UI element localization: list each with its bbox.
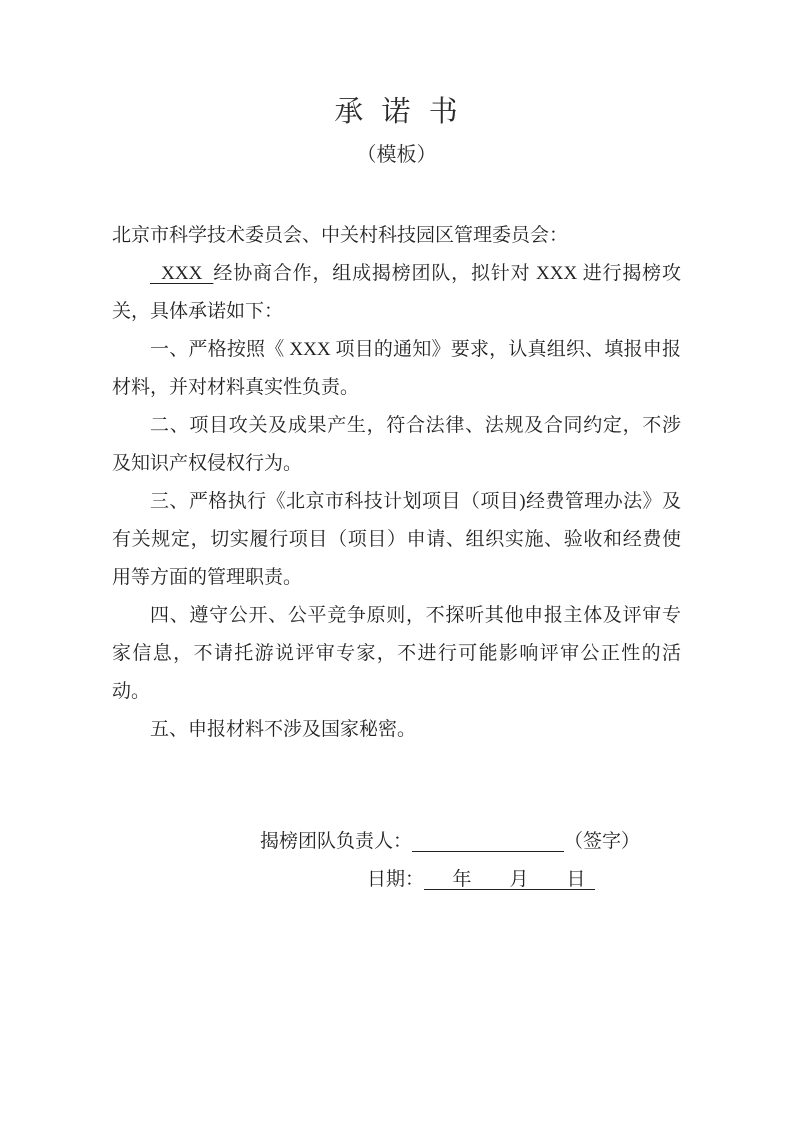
fill-in-blank[interactable] <box>412 831 564 852</box>
paragraph: 四、遵守公开、公平竞争原则，不探听其他申报主体及评审专家信息，不请托游说评审专家… <box>112 597 681 711</box>
paragraph: 三、严格执行《北京市科技计划项目（项目)经费管理办法》及有关规定，切实履行项目（… <box>112 483 681 597</box>
text-segment: （签字） <box>564 831 640 852</box>
signature-date-line: 日期： 年 月 日 <box>367 861 681 899</box>
text-segment: 一、严格按照《 XXX 项目的通知》要求，认真组织、填报申报材料，并对材料真实性… <box>112 339 681 398</box>
salutation-line: 北京市科学技术委员会、中关村科技园区管理委员会： <box>112 217 681 255</box>
fill-in-blank[interactable]: XXX <box>150 263 213 284</box>
paragraph: XXX 经协商合作，组成揭榜团队，拟针对 XXX 进行揭榜攻关，具体承诺如下： <box>112 255 681 331</box>
fill-in-blank[interactable]: 年 月 日 <box>424 869 595 890</box>
document-subtitle: （模板） <box>112 143 681 167</box>
text-segment: 三、严格执行《北京市科技计划项目（项目)经费管理办法》及有关规定，切实履行项目（… <box>112 491 681 588</box>
text-segment: 二、项目攻关及成果产生，符合法律、法规及合同约定，不涉及知识产权侵权行为。 <box>112 415 681 474</box>
signature-leader-line: 揭榜团队负责人： （签字） <box>260 823 681 861</box>
paragraph: 二、项目攻关及成果产生，符合法律、法规及合同约定，不涉及知识产权侵权行为。 <box>112 407 681 483</box>
document-title: 承 诺 书 <box>112 94 681 130</box>
document-body: 北京市科学技术委员会、中关村科技园区管理委员会： XXX 经协商合作，组成揭榜团… <box>112 217 681 749</box>
signature-block: 揭榜团队负责人： （签字） 日期： 年 月 日 <box>112 823 681 899</box>
text-segment: 揭榜团队负责人： <box>260 831 412 852</box>
paragraph-list: XXX 经协商合作，组成揭榜团队，拟针对 XXX 进行揭榜攻关，具体承诺如下：一… <box>112 255 681 749</box>
text-segment: 四、遵守公开、公平竞争原则，不探听其他申报主体及评审专家信息，不请托游说评审专家… <box>112 605 681 702</box>
document-content: 承 诺 书 （模板） 北京市科学技术委员会、中关村科技园区管理委员会： XXX … <box>0 0 793 899</box>
document-page: 承 诺 书 （模板） 北京市科学技术委员会、中关村科技园区管理委员会： XXX … <box>0 0 793 1122</box>
paragraph: 五、申报材料不涉及国家秘密。 <box>112 711 681 749</box>
paragraph: 一、严格按照《 XXX 项目的通知》要求，认真组织、填报申报材料，并对材料真实性… <box>112 331 681 407</box>
text-segment: 五、申报材料不涉及国家秘密。 <box>150 719 416 740</box>
text-segment: 日期： <box>367 869 424 890</box>
